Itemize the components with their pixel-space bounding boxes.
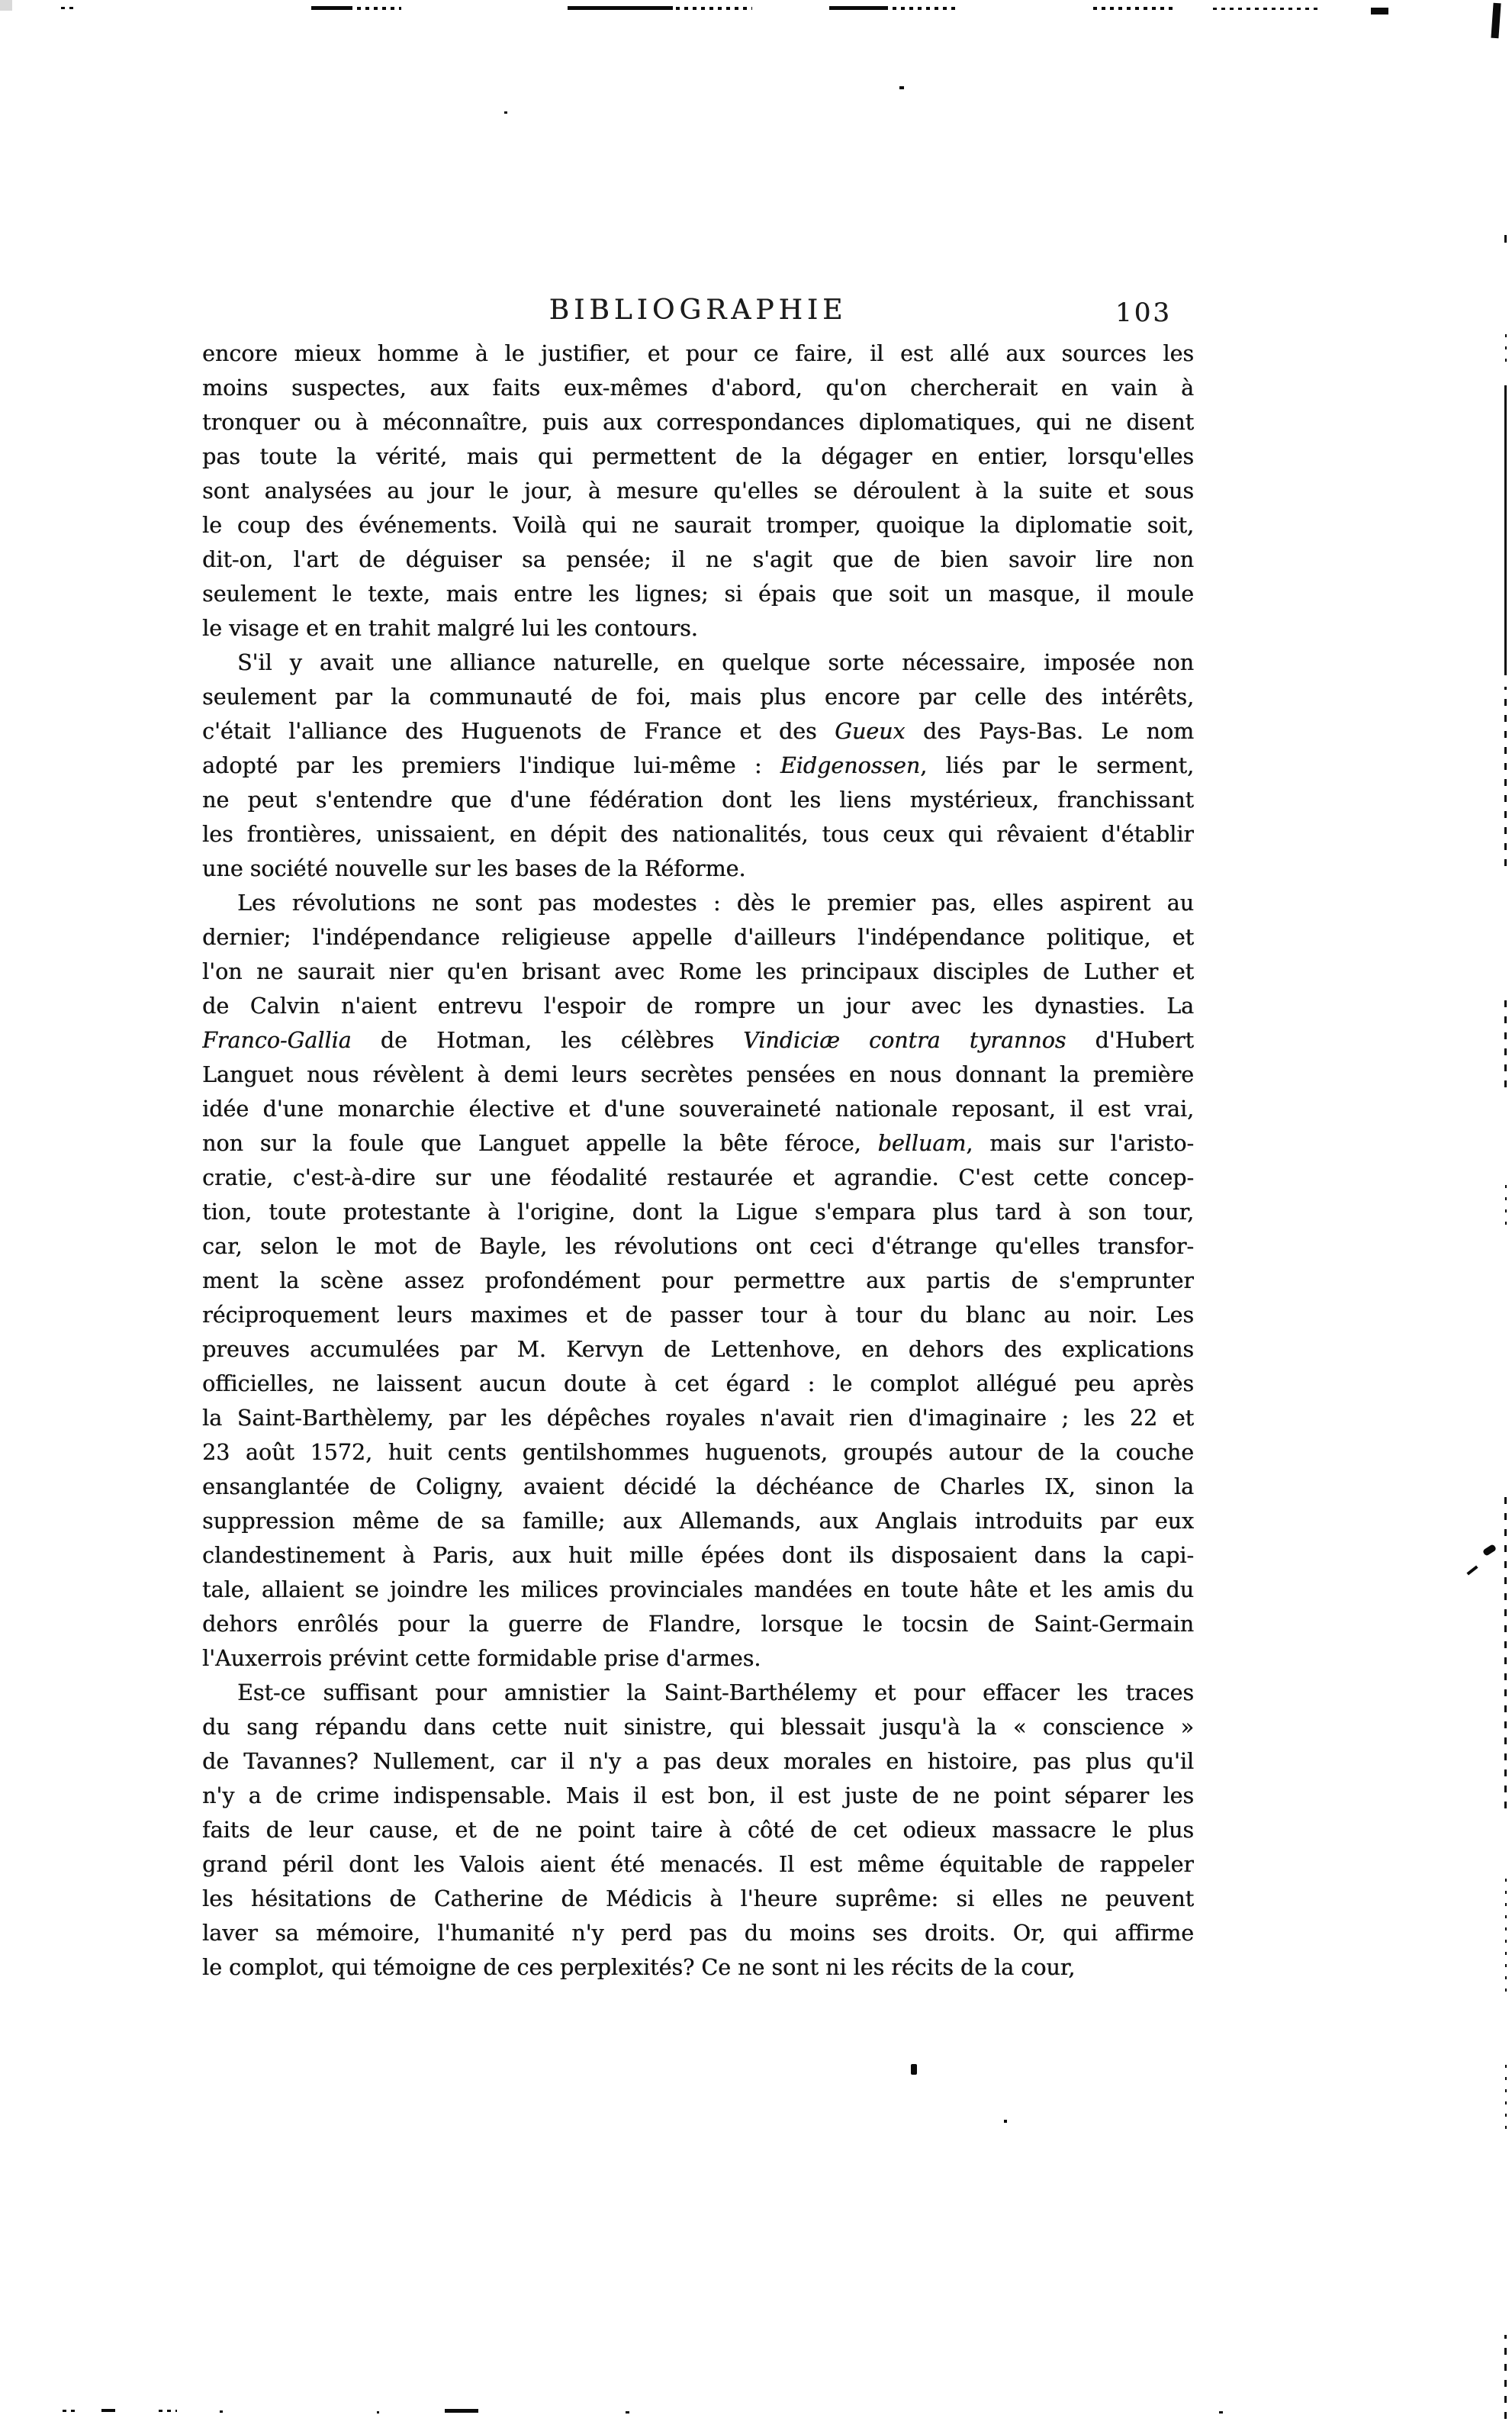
text-line: moins suspectes, aux faits eux-mêmes d'a… bbox=[202, 371, 1194, 405]
text-line: laver sa mémoire, l'humanité n'y perd pa… bbox=[202, 1916, 1194, 1950]
text-line: clandestinement à Paris, aux huit mille … bbox=[202, 1538, 1194, 1573]
scan-artifact-top-dots bbox=[61, 7, 76, 9]
text-line: la Saint-Barthèlemy, par les dépêches ro… bbox=[202, 1401, 1194, 1435]
text-line: tronquer ou à méconnaître, puis aux corr… bbox=[202, 405, 1194, 440]
italic-text: Eidgenossen bbox=[780, 753, 920, 778]
scan-artifact-bottom-dash bbox=[1219, 2411, 1223, 2414]
text-line: réciproquement leurs maximes et de passe… bbox=[202, 1298, 1194, 1332]
text-line: dehors enrôlés pour la guerre de Flandre… bbox=[202, 1607, 1194, 1641]
text-line: Est-ce suffisant pour amnistier la Saint… bbox=[202, 1676, 1194, 1710]
text-line: les hésitations de Catherine de Médicis … bbox=[202, 1882, 1194, 1916]
text-line: pas toute la vérité, mais qui permettent… bbox=[202, 440, 1194, 474]
text-line: car, selon le mot de Bayle, les révoluti… bbox=[202, 1229, 1194, 1264]
scan-artifact-right-line bbox=[1505, 1179, 1507, 1225]
text-line: ne peut s'entendre que d'une fédération … bbox=[202, 783, 1194, 817]
scan-artifact-bottom-dash bbox=[377, 2411, 379, 2414]
text-line: de Calvin n'aient entrevu l'espoir de ro… bbox=[202, 989, 1194, 1023]
scan-artifact-bottom-dash bbox=[445, 2409, 478, 2413]
scan-artifact-right-line bbox=[1505, 1869, 1507, 1992]
italic-text: Franco-Gallia bbox=[202, 1028, 352, 1053]
scan-artifact-speck bbox=[899, 86, 904, 89]
text-line: le coup des événements. Voilà qui ne sau… bbox=[202, 508, 1194, 543]
scan-artifact-speck bbox=[911, 2064, 917, 2075]
text-line: seulement le texte, mais entre les ligne… bbox=[202, 577, 1194, 611]
text-line: officielles, ne laissent aucun doute à c… bbox=[202, 1367, 1194, 1401]
text-line: 23 août 1572, huit cents gentilshommes h… bbox=[202, 1435, 1194, 1470]
scan-artifact-right-line bbox=[1504, 2335, 1507, 2419]
scan-artifact-top-dots bbox=[1093, 7, 1173, 10]
text-line: du sang répandu dans cette nuit sinistre… bbox=[202, 1710, 1194, 1744]
scan-artifact-bottom-dots bbox=[63, 2410, 75, 2412]
text-line: encore mieux homme à le justifier, et po… bbox=[202, 337, 1194, 371]
scan-artifact-top-dots bbox=[1213, 8, 1322, 10]
text-line: adopté par les premiers l'indique lui-mê… bbox=[202, 749, 1194, 783]
text-line: S'il y avait une alliance naturelle, en … bbox=[202, 646, 1194, 680]
scan-artifact-corner-square bbox=[0, 0, 12, 11]
text-line: les frontières, unissaient, en dépit des… bbox=[202, 817, 1194, 852]
paragraph: encore mieux homme à le justifier, et po… bbox=[202, 337, 1194, 646]
text-line: Languet nous révèlent à demi leurs secrè… bbox=[202, 1058, 1194, 1092]
scan-artifact-pen-slash bbox=[1466, 1565, 1478, 1575]
text-line: cratie, c'est-à-dire sur une féodalité r… bbox=[202, 1161, 1194, 1195]
paragraph: Est-ce suffisant pour amnistier la Saint… bbox=[202, 1676, 1194, 1985]
scan-artifact-top-dots bbox=[357, 7, 401, 10]
scan-artifact-speck bbox=[1004, 2120, 1007, 2123]
scan-artifact-speck bbox=[504, 111, 507, 114]
scan-artifact-top-dash bbox=[568, 6, 673, 10]
text-line: tion, toute protestante à l'origine, don… bbox=[202, 1195, 1194, 1229]
text-line: grand péril dont les Valois aient été me… bbox=[202, 1847, 1194, 1882]
text-line: ensanglantée de Coligny, avaient décidé … bbox=[202, 1470, 1194, 1504]
scan-artifact-bottom-dash bbox=[220, 2410, 223, 2413]
text-line: l'Auxerrois prévint cette formidable pri… bbox=[202, 1641, 1194, 1676]
italic-text: Gueux bbox=[835, 719, 905, 744]
text-line: preuves accumulées par M. Kervyn de Lett… bbox=[202, 1332, 1194, 1367]
scan-artifact-bottom-dash bbox=[626, 2411, 629, 2414]
paragraph: S'il y avait une alliance naturelle, en … bbox=[202, 646, 1194, 886]
scan-artifact-corner-tick bbox=[1491, 3, 1501, 39]
scan-artifact-top-thick-dash bbox=[1371, 8, 1388, 14]
scan-artifact-top-dots bbox=[893, 7, 958, 10]
text-line: le visage et en trahit malgré lui les co… bbox=[202, 611, 1194, 646]
text-line: faits de leur cause, et de ne point tair… bbox=[202, 1813, 1194, 1847]
italic-text: Vindiciæ contra tyrannos bbox=[743, 1028, 1066, 1053]
text-line: de Tavannes? Nullement, car il n'y a pas… bbox=[202, 1744, 1194, 1779]
scan-artifact-right-line bbox=[1504, 1000, 1507, 1087]
scan-artifact-top-dash bbox=[829, 6, 888, 10]
text-line: n'y a de crime indispensable. Mais il es… bbox=[202, 1779, 1194, 1813]
text-line: le complot, qui témoigne de ces perplexi… bbox=[202, 1950, 1194, 1985]
text-line: ment la scène assez profondément pour pe… bbox=[202, 1264, 1194, 1298]
scan-artifact-right-line bbox=[1504, 385, 1507, 675]
text-line: tale, allaient se joindre les milices pr… bbox=[202, 1573, 1194, 1607]
scan-artifact-bottom-dash bbox=[101, 2409, 115, 2412]
running-head: BIBLIOGRAPHIE bbox=[202, 295, 1194, 326]
text-line: idée d'une monarchie élective et d'une s… bbox=[202, 1092, 1194, 1126]
text-line: seulement par la communauté de foi, mais… bbox=[202, 680, 1194, 714]
scan-artifact-top-dots bbox=[676, 7, 752, 10]
text-line: une société nouvelle sur les bases de la… bbox=[202, 852, 1194, 886]
scanned-book-page: { "page": { "running_head": "BIBLIOGRAPH… bbox=[0, 0, 1512, 2428]
text-line: Les révolutions ne sont pas modestes : d… bbox=[202, 886, 1194, 920]
text-line: non sur la foule que Languet appelle la … bbox=[202, 1126, 1194, 1161]
body-text: encore mieux homme à le justifier, et po… bbox=[202, 337, 1194, 1985]
scan-artifact-right-line bbox=[1504, 1488, 1507, 1808]
book-page: BIBLIOGRAPHIE 103 encore mieux homme à l… bbox=[0, 0, 1512, 2428]
italic-text: belluam bbox=[878, 1131, 967, 1156]
scan-artifact-bottom-dots bbox=[159, 2410, 177, 2412]
scan-artifact-right-line bbox=[1504, 235, 1507, 243]
paragraph: Les révolutions ne sont pas modestes : d… bbox=[202, 886, 1194, 1676]
text-line: dernier; l'indépendance religieuse appel… bbox=[202, 920, 1194, 955]
scan-artifact-top-dash bbox=[311, 6, 352, 10]
text-line: Franco-Gallia de Hotman, les célèbres Vi… bbox=[202, 1023, 1194, 1058]
text-line: l'on ne saurait nier qu'en brisant avec … bbox=[202, 955, 1194, 989]
scan-artifact-right-line bbox=[1504, 687, 1507, 866]
page-number: 103 bbox=[1115, 298, 1172, 328]
text-line: sont analysées au jour le jour, à mesure… bbox=[202, 474, 1194, 508]
text-line: suppression même de sa famille; aux Alle… bbox=[202, 1504, 1194, 1538]
scan-artifact-right-line bbox=[1505, 330, 1507, 362]
scan-artifact-right-line bbox=[1505, 2060, 1507, 2129]
text-line: c'était l'alliance des Huguenots de Fran… bbox=[202, 714, 1194, 749]
text-line: dit-on, l'art de déguiser sa pensée; il … bbox=[202, 543, 1194, 577]
scan-artifact-pen-blob bbox=[1482, 1544, 1497, 1557]
